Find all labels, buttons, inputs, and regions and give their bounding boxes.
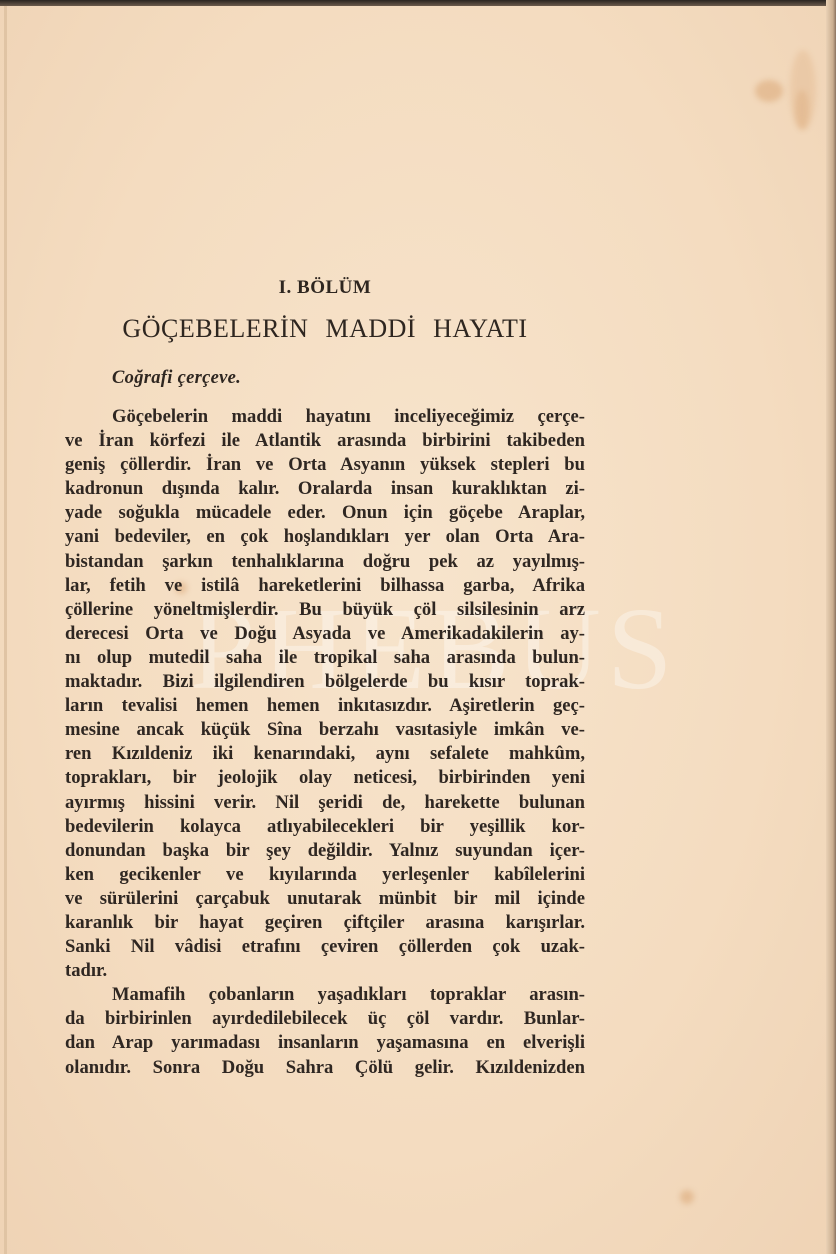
text-line: maktadır. Bizi ilgilendiren bölgelerde b… xyxy=(65,670,585,694)
text-line: mesine ancak küçük Sîna berzahı vasıtasi… xyxy=(65,718,585,742)
text-line: bistandan şarkın tenhalıklarına doğru pe… xyxy=(65,550,585,574)
text-line: ken gecikenler ve kıyılarında yerleşenle… xyxy=(65,863,585,887)
text-line: kadronun dışında kalır. Oralarda insan k… xyxy=(65,477,585,501)
text-line: Sanki Nil vâdisi etrafını çeviren çöller… xyxy=(65,935,585,959)
text-line: karanlık bir hayat geçiren çiftçiler ara… xyxy=(65,911,585,935)
stain-spot xyxy=(680,1190,694,1204)
body-text: Göçebelerin maddi hayatını inceliyeceğim… xyxy=(65,405,585,1080)
page-right-edge xyxy=(826,0,836,1254)
paragraph-1: Göçebelerin maddi hayatını inceliyeceğim… xyxy=(65,405,585,983)
page-top-edge xyxy=(0,0,836,6)
page-left-edge xyxy=(4,6,7,1254)
stain-spot xyxy=(795,90,809,130)
stain-spot xyxy=(755,80,783,102)
text-line: ların tevalisi hemen hemen inkıtasızdır.… xyxy=(65,694,585,718)
text-line: toprakları, bir jeolojik olay neticesi, … xyxy=(65,766,585,790)
text-line: tadır. xyxy=(65,959,585,983)
text-line: çöllerine yöneltmişlerdir. Bu büyük çöl … xyxy=(65,598,585,622)
text-line: ayırmış hissini verir. Nil şeridi de, ha… xyxy=(65,791,585,815)
text-line: Göçebelerin maddi hayatını inceliyeceğim… xyxy=(65,405,585,429)
text-line: Mamafih çobanların yaşadıkları topraklar… xyxy=(65,983,585,1007)
chapter-label: I. BÖLÜM xyxy=(0,277,650,299)
text-line: donundan başka bir şey değildir. Yalnız … xyxy=(65,839,585,863)
text-line: ve sürülerini çarçabuk unutarak münbit b… xyxy=(65,887,585,911)
text-line: ve İran körfezi ile Atlantik arasında bi… xyxy=(65,429,585,453)
book-page: PHEBUS I. BÖLÜM GÖÇEBELERİN MADDİ HAYATI… xyxy=(0,0,836,1254)
text-line: yani bedeviler, en çok hoşlandıkları yer… xyxy=(65,525,585,549)
text-line: derecesi Orta ve Doğu Asyada ve Amerikad… xyxy=(65,622,585,646)
section-heading: Coğrafi çerçeve. xyxy=(112,368,241,389)
text-line: dan Arap yarımadası insanların yaşamasın… xyxy=(65,1031,585,1055)
text-line: da birbirinlen ayırdedilebilecek üç çöl … xyxy=(65,1007,585,1031)
chapter-title: GÖÇEBELERİN MADDİ HAYATI xyxy=(0,314,650,344)
text-line: yade soğukla mücadele eder. Onun için gö… xyxy=(65,501,585,525)
text-line: geniş çöllerdir. İran ve Orta Asyanın yü… xyxy=(65,453,585,477)
paragraph-2: Mamafih çobanların yaşadıkları topraklar… xyxy=(65,983,585,1079)
text-line: ren Kızıldeniz iki kenarındaki, aynı sef… xyxy=(65,742,585,766)
text-line: lar, fetih ve istilâ hareketlerini bilha… xyxy=(65,574,585,598)
text-line: bedevilerin kolayca atlıyabilecekleri bi… xyxy=(65,815,585,839)
text-line: olanıdır. Sonra Doğu Sahra Çölü gelir. K… xyxy=(65,1056,585,1080)
text-line: nı olup mutedil saha ile tropikal saha a… xyxy=(65,646,585,670)
